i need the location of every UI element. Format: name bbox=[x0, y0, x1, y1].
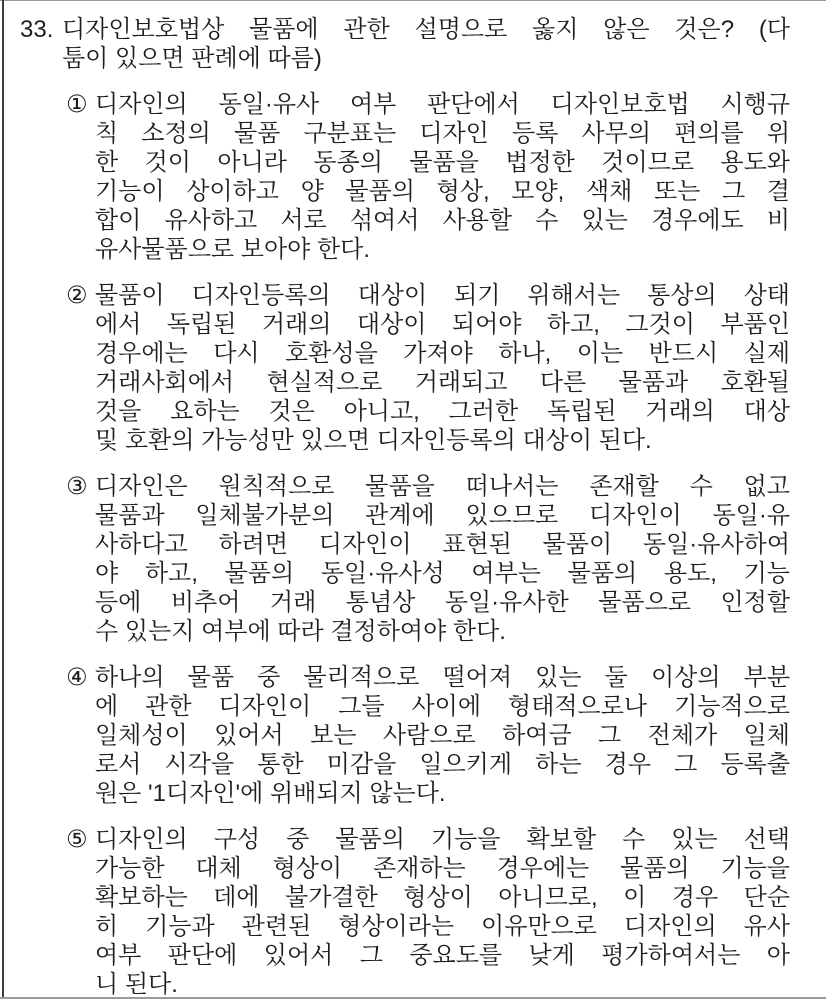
option-line: 것을 요하는 것은 아니고, 그러한 독립된 거래의 대상 bbox=[95, 397, 790, 426]
option-line: 에서 독립된 거래의 대상이 되어야 하고, 그것이 부품인 bbox=[95, 310, 790, 339]
option-line: 히 기능과 관련된 형상이라는 이유만으로 디자인의 유사 bbox=[95, 912, 790, 941]
option-4: ④ 하나의 물품 중 물리적으로 떨어져 있는 둘 이상의 부분 에 관한 디자… bbox=[20, 663, 790, 808]
option-line: 수 있는지 여부에 따라 결정하여야 한다. bbox=[95, 617, 790, 646]
option-5-text: 디자인의 구성 중 물품의 기능을 확보할 수 있는 선택 가능한 대체 형상이… bbox=[95, 825, 790, 999]
option-line: 여부 판단에 있어서 그 중요도를 낮게 평가하여서는 아 bbox=[95, 941, 790, 970]
question-text: 디자인보호법상 물품에 관한 설명으로 옳지 않은 것은? (다 툼이 있으면 … bbox=[62, 15, 790, 73]
option-line: 디자인의 동일·유사 여부 판단에서 디자인보호법 시행규 bbox=[95, 90, 790, 119]
question-block: 33. 디자인보호법상 물품에 관한 설명으로 옳지 않은 것은? (다 툼이 … bbox=[20, 15, 790, 73]
option-line: 물품이 디자인등록의 대상이 되기 위해서는 통상의 상태 bbox=[95, 281, 790, 310]
question-line: 툼이 있으면 판례에 따름) bbox=[62, 44, 790, 73]
option-line: 야 하고, 물품의 동일·유사성 여부는 물품의 용도, 기능 bbox=[95, 559, 790, 588]
option-line: 거래사회에서 현실적으로 거래되고 다른 물품과 호환될 bbox=[95, 368, 790, 397]
option-line: 합이 유사하고 서로 섞여서 사용할 수 있는 경우에도 비 bbox=[95, 206, 790, 235]
option-3: ③ 디자인은 원칙적으로 물품을 떠나서는 존재할 수 없고 물품과 일체불가분… bbox=[20, 472, 790, 646]
question-line: 디자인보호법상 물품에 관한 설명으로 옳지 않은 것은? (다 bbox=[62, 15, 790, 44]
option-5: ⑤ 디자인의 구성 중 물품의 기능을 확보할 수 있는 선택 가능한 대체 형… bbox=[20, 825, 790, 999]
option-line: 유사물품으로 보아야 한다. bbox=[95, 235, 790, 264]
option-line: 하나의 물품 중 물리적으로 떨어져 있는 둘 이상의 부분 bbox=[95, 663, 790, 692]
option-line: 한 것이 아니라 동종의 물품을 법정한 것이므로 용도와 bbox=[95, 148, 790, 177]
option-line: 로서 시각을 통한 미감을 일으키게 하는 경우 그 등록출 bbox=[95, 750, 790, 779]
option-5-circled-number: ⑤ bbox=[66, 825, 95, 854]
option-1-circled-number: ① bbox=[66, 90, 95, 119]
option-line: 디자인은 원칙적으로 물품을 떠나서는 존재할 수 없고 bbox=[95, 472, 790, 501]
top-rule-line bbox=[0, 0, 826, 1]
option-2-text: 물품이 디자인등록의 대상이 되기 위해서는 통상의 상태 에서 독립된 거래의… bbox=[95, 281, 790, 455]
option-line: 및 호환의 가능성만 있으면 디자인등록의 대상이 된다. bbox=[95, 426, 790, 455]
option-line: 등에 비추어 거래 통념상 동일·유사한 물품으로 인정할 bbox=[95, 588, 790, 617]
option-line: 디자인의 구성 중 물품의 기능을 확보할 수 있는 선택 bbox=[95, 825, 790, 854]
option-2: ② 물품이 디자인등록의 대상이 되기 위해서는 통상의 상태 에서 독립된 거… bbox=[20, 281, 790, 455]
option-line: 사하다고 하려면 디자인이 표현된 물품이 동일·유사하여 bbox=[95, 530, 790, 559]
option-line: 칙 소정의 물품 구분표는 디자인 등록 사무의 편의를 위 bbox=[95, 119, 790, 148]
option-3-text: 디자인은 원칙적으로 물품을 떠나서는 존재할 수 없고 물품과 일체불가분의 … bbox=[95, 472, 790, 646]
option-2-circled-number: ② bbox=[66, 281, 95, 310]
option-3-circled-number: ③ bbox=[66, 472, 95, 501]
option-line: 물품과 일체불가분의 관계에 있으므로 디자인이 동일·유 bbox=[95, 501, 790, 530]
option-4-circled-number: ④ bbox=[66, 663, 95, 692]
option-1: ① 디자인의 동일·유사 여부 판단에서 디자인보호법 시행규 칙 소정의 물품… bbox=[20, 90, 790, 264]
option-line: 가능한 대체 형상이 존재하는 경우에는 물품의 기능을 bbox=[95, 854, 790, 883]
option-1-text: 디자인의 동일·유사 여부 판단에서 디자인보호법 시행규 칙 소정의 물품 구… bbox=[95, 90, 790, 264]
option-4-text: 하나의 물품 중 물리적으로 떨어져 있는 둘 이상의 부분 에 관한 디자인이… bbox=[95, 663, 790, 808]
exam-question-page: 33. 디자인보호법상 물품에 관한 설명으로 옳지 않은 것은? (다 툼이 … bbox=[0, 0, 826, 999]
option-line: 확보하는 데에 불가결한 형상이 아니므로, 이 경우 단순 bbox=[95, 883, 790, 912]
left-border-line bbox=[2, 0, 4, 999]
option-line: 니 된다. bbox=[95, 970, 790, 999]
option-line: 원은 '1디자인'에 위배되지 않는다. bbox=[95, 779, 790, 808]
option-line: 기능이 상이하고 양 물품의 형상, 모양, 색채 또는 그 결 bbox=[95, 177, 790, 206]
option-line: 에 관한 디자인이 그들 사이에 형태적으로나 기능적으로 bbox=[95, 692, 790, 721]
question-number: 33. bbox=[20, 15, 62, 44]
option-line: 일체성이 있어서 보는 사람으로 하여금 그 전체가 일체 bbox=[95, 721, 790, 750]
option-line: 경우에는 다시 호환성을 가져야 하나, 이는 반드시 실제 bbox=[95, 339, 790, 368]
